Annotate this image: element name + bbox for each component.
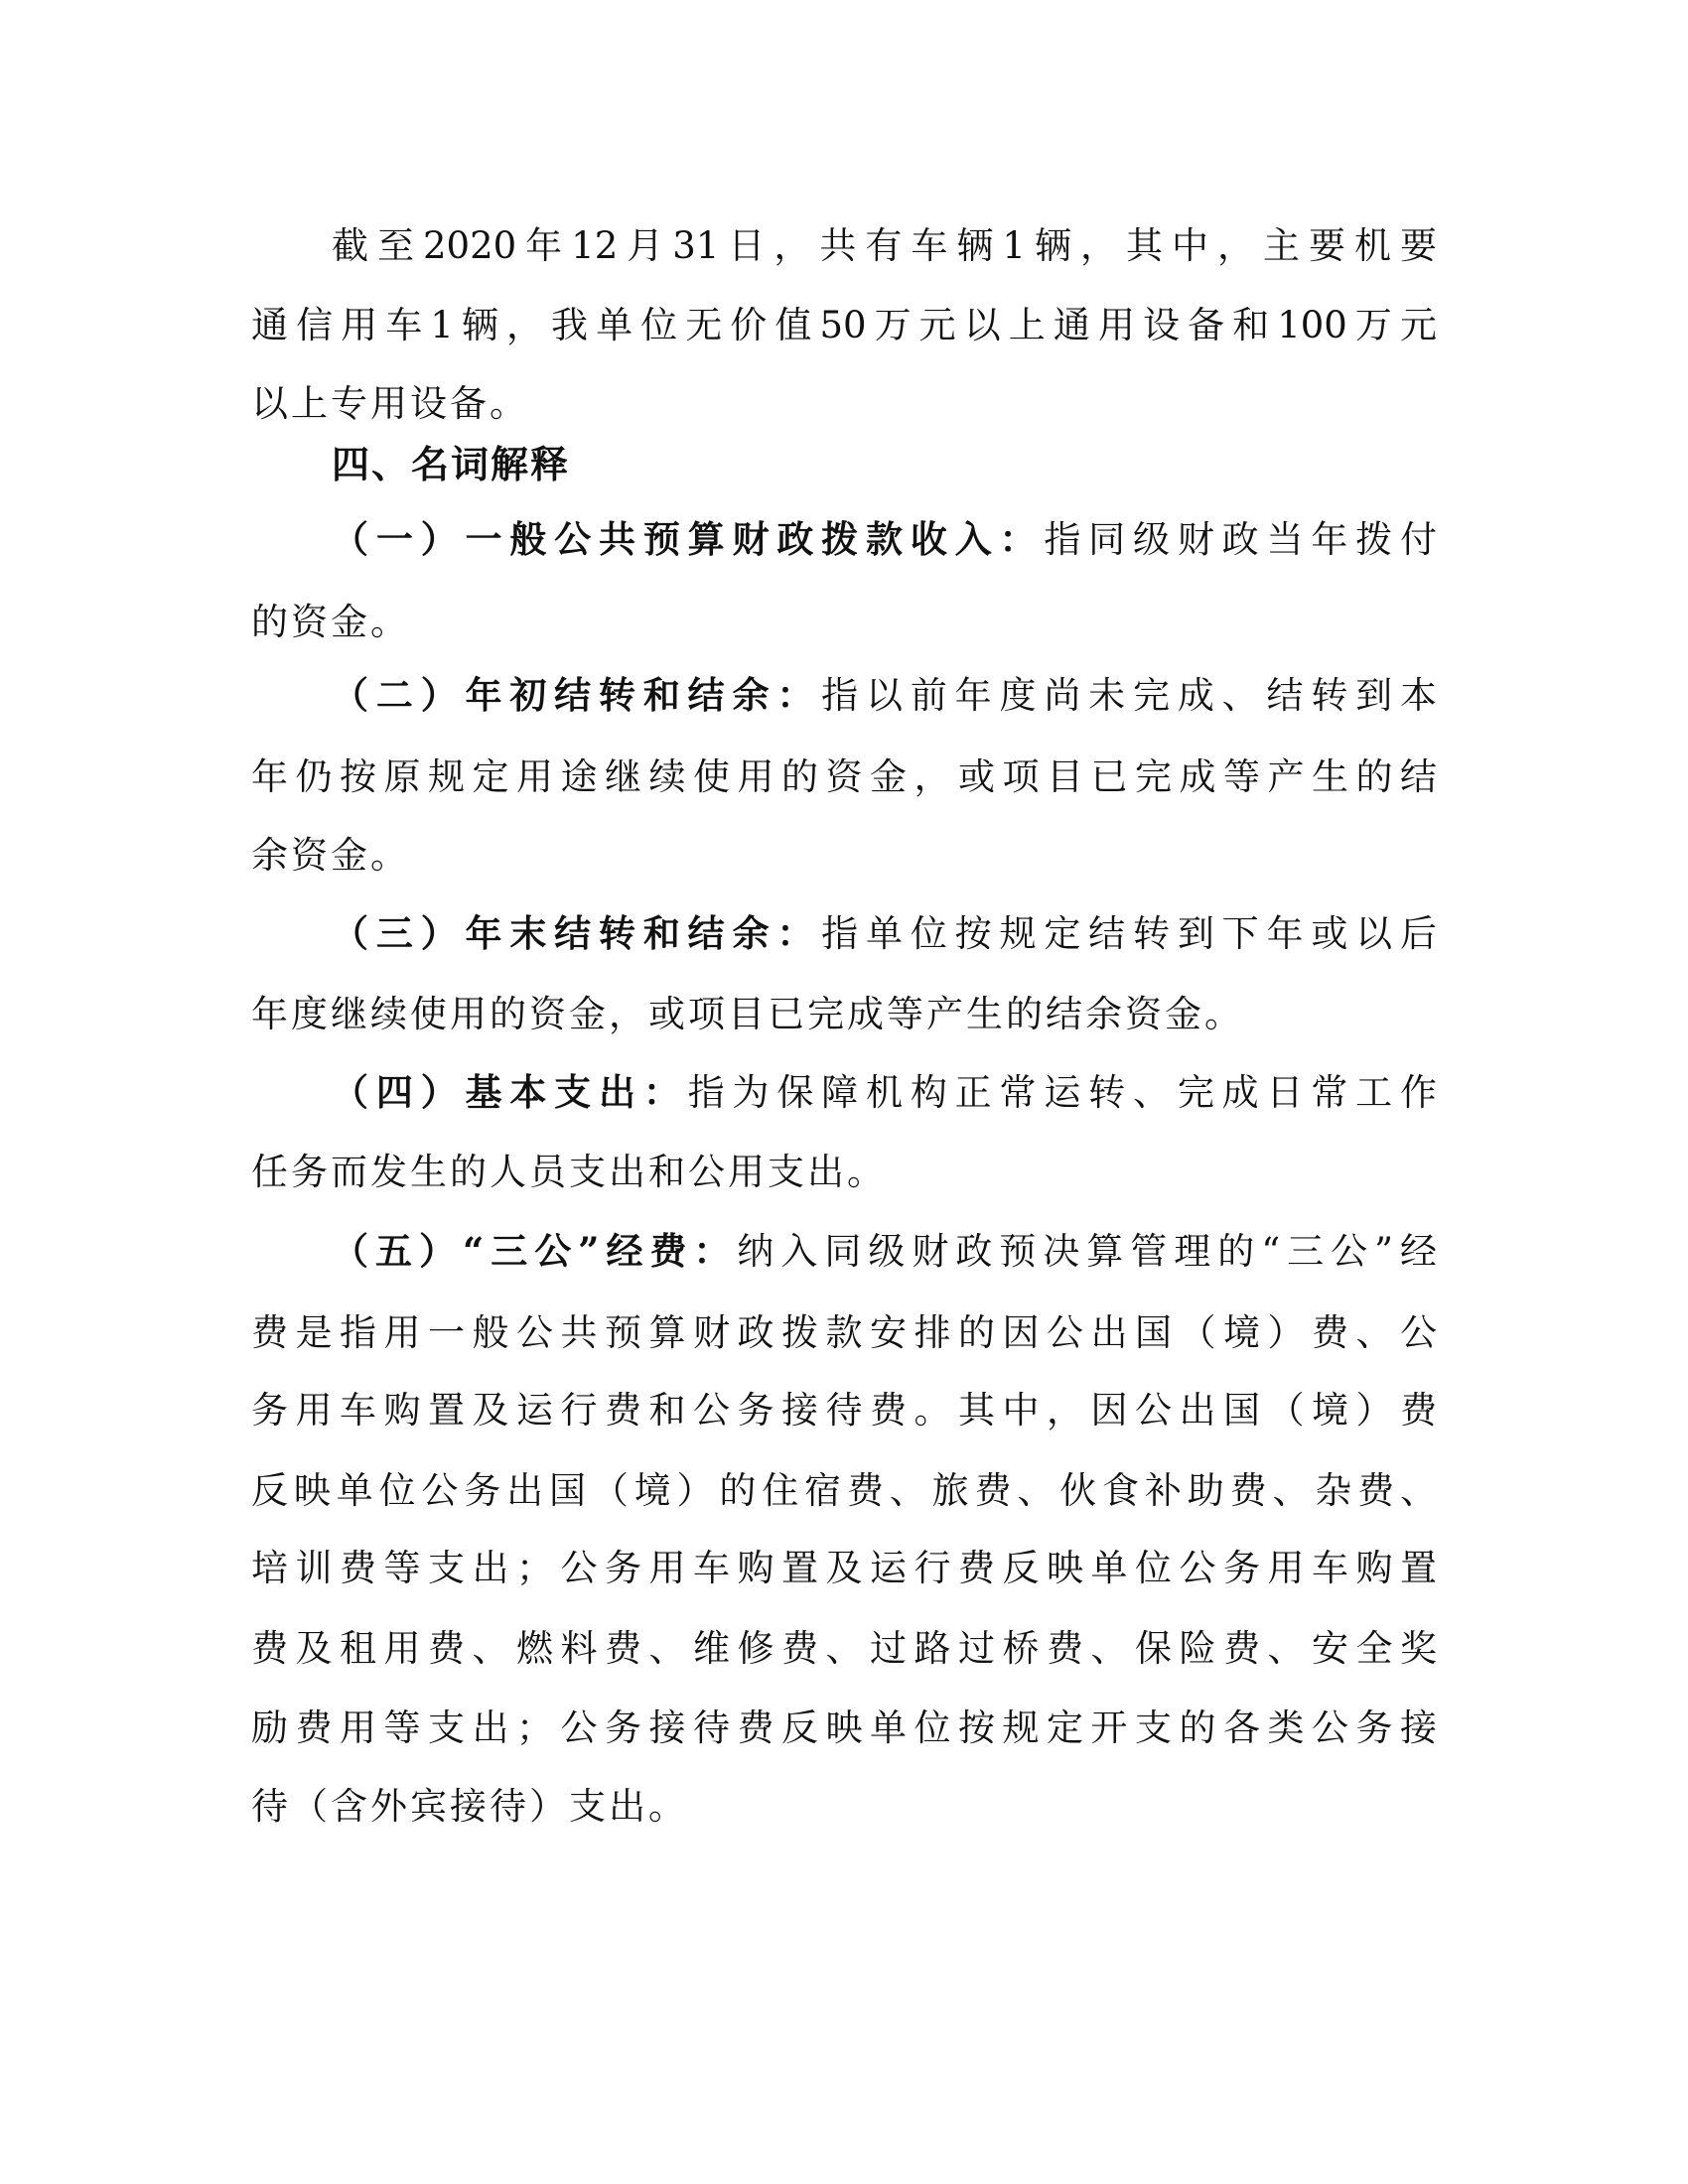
definition-text: 纳入同级财政预决算管理的“三公”经 (737, 1230, 1437, 1273)
section-heading: 四、名词解释 (332, 435, 1437, 494)
definition-first-line: （二）年初结转和结余：指以前年度尚未完成、结转到本 (332, 665, 1437, 725)
definition-first-line: （五）“三公”经费：纳入同级财政预决算管理的“三公”经 (332, 1221, 1437, 1281)
definition-text: 指为保障机构正常运转、完成日常工作 (688, 1071, 1437, 1114)
body-line: 务用车购置及运行费和公务接待费。其中，因公出国（境）费 (251, 1381, 1437, 1440)
body-line: 通信用车1辆，我单位无价值50万元以上通用设备和100万元 (251, 296, 1437, 355)
definition-first-line: （三）年末结转和结余：指单位按规定结转到下年或以后 (332, 903, 1437, 963)
body-line: 待（含外宾接待）支出。 (251, 1777, 1437, 1837)
definition-term: （四）基本支出： (332, 1070, 688, 1114)
body-line: 任务而发生的人员支出和公用支出。 (251, 1143, 1437, 1202)
definition-term: （三）年末结转和结余： (332, 911, 821, 955)
body-line: 费及租用费、燃料费、维修费、过路过桥费、保险费、安全奖 (251, 1619, 1437, 1679)
definition-first-line: （四）基本支出：指为保障机构正常运转、完成日常工作 (332, 1062, 1437, 1122)
body-line: 以上专用设备。 (251, 374, 1437, 434)
body-line: 年度继续使用的资金，或项目已完成等产生的结余资金。 (251, 985, 1437, 1044)
definition-term: （五）“三公”经费： (332, 1229, 737, 1273)
definition-text: 指同级财政当年拨付 (1044, 518, 1437, 561)
definition-term: （二）年初结转和结余： (332, 673, 821, 717)
body-line: 励费用等支出；公务接待费反映单位按规定开支的各类公务接 (251, 1699, 1437, 1758)
body-line: 反映单位公务出国（境）的住宿费、旅费、伙食补助费、杂费、 (251, 1461, 1437, 1521)
document-page: 截至2020年12月31日，共有车辆1辆，其中，主要机要 通信用车1辆，我单位无… (0, 0, 1688, 2184)
definition-term: （一）一般公共预算财政拨款收入： (332, 517, 1044, 561)
body-line: 年仍按原规定用途继续使用的资金，或项目已完成等产生的结 (251, 748, 1437, 807)
body-line: 余资金。 (251, 826, 1437, 886)
body-line: 费是指用一般公共预算财政拨款安排的因公出国（境）费、公 (251, 1303, 1437, 1363)
body-line: 培训费等支出；公务用车购置及运行费反映单位公务用车购置 (251, 1539, 1437, 1598)
body-line: 截至2020年12月31日，共有车辆1辆，其中，主要机要 (332, 216, 1437, 276)
body-line: 的资金。 (251, 593, 1437, 652)
definition-text: 指以前年度尚未完成、结转到本 (821, 674, 1437, 717)
definition-first-line: （一）一般公共预算财政拨款收入：指同级财政当年拨付 (332, 509, 1437, 569)
definition-text: 指单位按规定结转到下年或以后 (821, 912, 1437, 955)
